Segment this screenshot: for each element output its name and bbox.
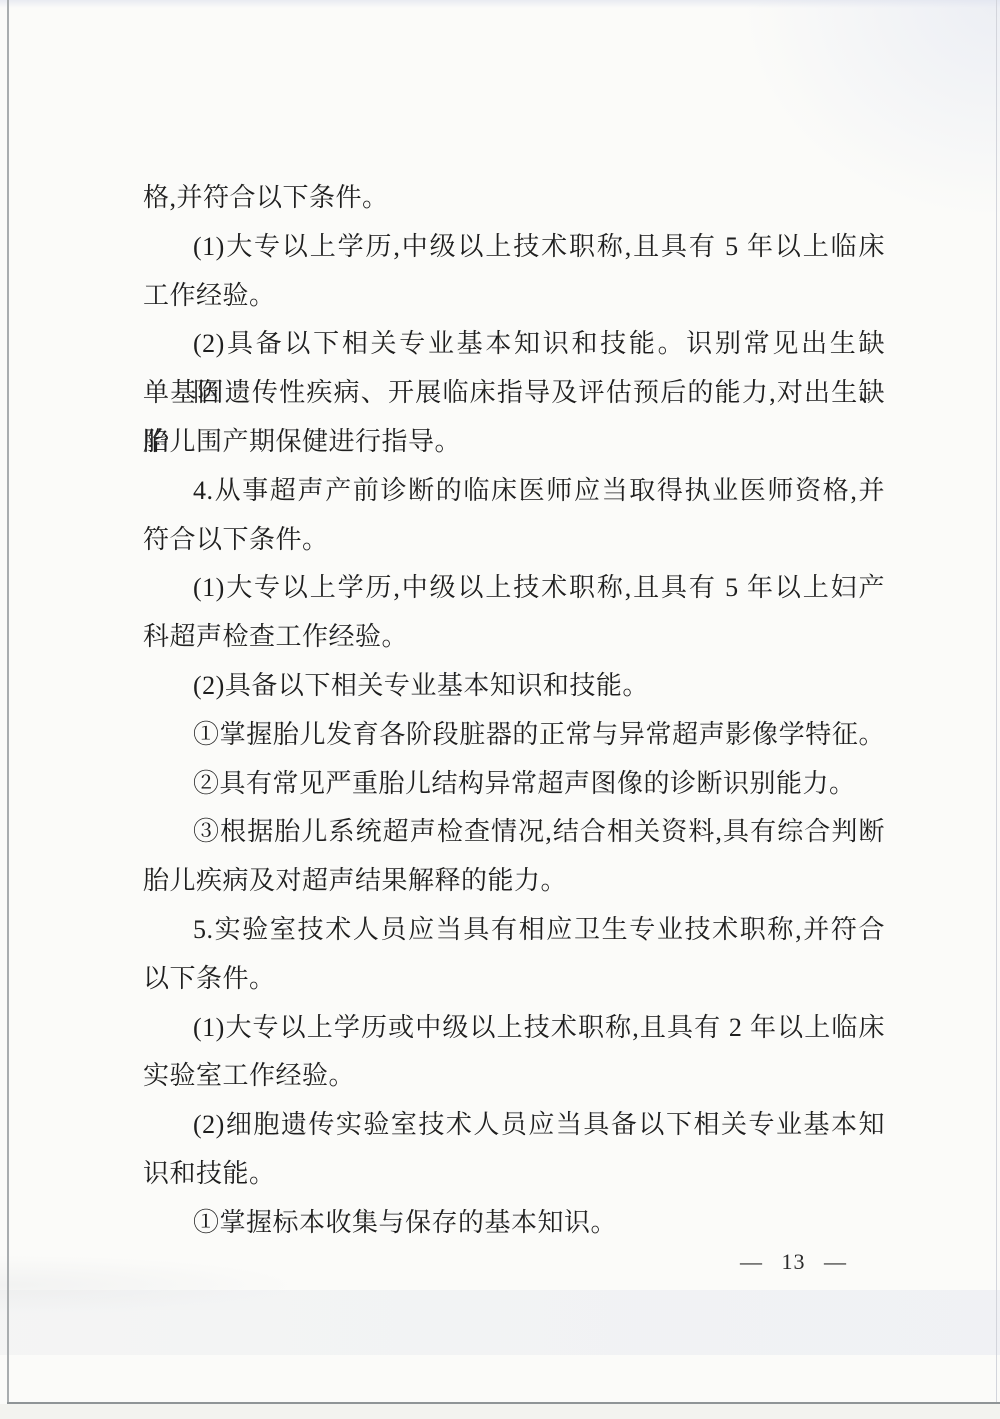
text-line: 符合以下条件。 xyxy=(143,516,885,565)
text-line: 胎儿围产期保健进行指导。 xyxy=(143,418,885,467)
text-line: 5.实验室技术人员应当具有相应卫生专业技术职称,并符合 xyxy=(193,906,885,955)
text-line: 工作经验。 xyxy=(143,272,885,321)
scan-tint-bottom-left xyxy=(0,1255,300,1315)
page-edge-right-line xyxy=(996,0,997,1402)
text-line: ①掌握标本收集与保存的基本知识。 xyxy=(193,1199,885,1248)
text-line: ①掌握胎儿发育各阶段脏器的正常与异常超声影像学特征。 xyxy=(193,711,885,760)
text-line: 实验室工作经验。 xyxy=(143,1052,885,1101)
page-edge-bottom-strip xyxy=(0,1404,1000,1419)
text-line: (2)具备以下相关专业基本知识和技能。识别常见出生缺陷、 xyxy=(193,320,885,369)
text-line: 4.从事超声产前诊断的临床医师应当取得执业医师资格,并 xyxy=(193,467,885,516)
text-line: 胎儿疾病及对超声结果解释的能力。 xyxy=(143,857,885,906)
text-line: ②具有常见严重胎儿结构异常超声图像的诊断识别能力。 xyxy=(193,760,885,809)
text-line: 识和技能。 xyxy=(143,1150,885,1199)
text-line: (1)大专以上学历或中级以上技术职称,且具有 2 年以上临床 xyxy=(193,1004,885,1053)
text-line: (1)大专以上学历,中级以上技术职称,且具有 5 年以上临床 xyxy=(193,223,885,272)
text-line: (1)大专以上学历,中级以上技术职称,且具有 5 年以上妇产 xyxy=(193,564,885,613)
document-text-block: 格,并符合以下条件。 (1)大专以上学历,中级以上技术职称,且具有 5 年以上临… xyxy=(143,174,885,1248)
scanned-page: 格,并符合以下条件。 (1)大专以上学历,中级以上技术职称,且具有 5 年以上临… xyxy=(0,0,1000,1419)
text-line: ③根据胎儿系统超声检查情况,结合相关资料,具有综合判断 xyxy=(193,808,885,857)
text-line: 科超声检查工作经验。 xyxy=(143,613,885,662)
page-edge-bottom-line xyxy=(7,1402,1000,1404)
text-line: 以下条件。 xyxy=(143,955,885,1004)
text-line: 单基因遗传性疾病、开展临床指导及评估预后的能力,对出生缺陷 xyxy=(143,369,885,418)
page-number: — 13 — xyxy=(740,1247,847,1277)
text-line: (2)细胞遗传实验室技术人员应当具备以下相关专业基本知 xyxy=(193,1101,885,1150)
page-edge-left-line xyxy=(7,0,9,1404)
text-line: (2)具备以下相关专业基本知识和技能。 xyxy=(193,662,885,711)
text-line: 格,并符合以下条件。 xyxy=(143,174,885,223)
